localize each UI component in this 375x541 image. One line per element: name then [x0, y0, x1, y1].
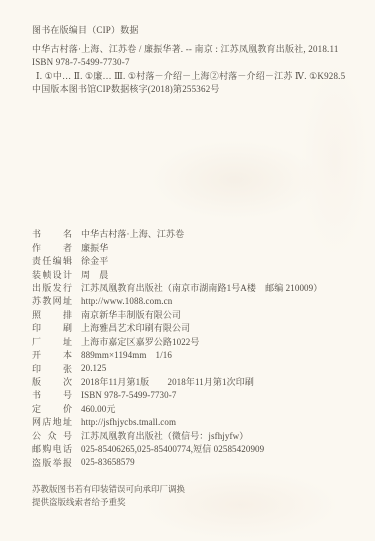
colophon-label: 网店地址: [32, 415, 72, 428]
colophon-row-price: 定价 460.00元: [32, 402, 365, 415]
colophon-row-sheets: 印张 20.125: [32, 361, 365, 374]
colophon-row-book-title: 书名 中华古村落·上海、江苏卷: [32, 227, 365, 240]
colophon-row-piracy-report: 盗版举报 025-83658579: [32, 455, 365, 468]
colophon-row-online-store: 网店地址 http://jsfhjycbs.tmall.com: [32, 415, 365, 428]
colophon-label: 公众号: [32, 429, 72, 442]
colophon-label: 版次: [32, 375, 72, 388]
colophon-value: 中华古村落·上海、江苏卷: [81, 227, 184, 240]
colophon-row-format: 开本 889mm×1194mm 1/16: [32, 348, 365, 361]
colophon-row-editor: 责任编辑 徐金平: [32, 254, 365, 267]
colophon-label: 责任编辑: [32, 254, 72, 267]
colophon-label: 照排: [32, 308, 72, 321]
colophon-row-author: 作者 廉振华: [32, 240, 365, 253]
colophon: 书名 中华古村落·上海、江苏卷 作者 廉振华 责任编辑 徐金平 装帧设计 周 晨…: [32, 227, 365, 469]
colophon-value: 上海雅昌艺术印刷有限公司: [81, 321, 190, 334]
copyright-page: 图书在版编目（CIP）数据 中华古村落·上海、江苏卷 / 廉振华著. -- 南京…: [0, 0, 375, 541]
cip-title: 图书在版编目（CIP）数据: [32, 24, 359, 38]
colophon-label: 印张: [32, 362, 72, 375]
colophon-row-publisher: 出版发行 江苏凤凰教育出版社（南京市湖南路1号A楼 邮编 210009）: [32, 281, 365, 294]
colophon-label: 盗版举报: [32, 456, 72, 469]
colophon-row-edition: 版次 2018年11月第1版 2018年11月第1次印刷: [32, 375, 365, 388]
colophon-value: http://jsfhjycbs.tmall.com: [81, 417, 176, 427]
colophon-label: 苏教网址: [32, 294, 72, 307]
colophon-label: 厂址: [32, 335, 72, 348]
colophon-label: 作者: [32, 241, 72, 254]
colophon-row-printer: 印刷 上海雅昌艺术印刷有限公司: [32, 321, 365, 334]
cip-record-number-line: 中国版本图书馆CIP数据核字(2018)第255362号: [32, 83, 359, 97]
colophon-row-factory-address: 厂址 上海市嘉定区嘉罗公路1022号: [32, 335, 365, 348]
footer-note-misprint: 苏教版图书若有印装错误可向承印厂调换: [32, 483, 359, 496]
colophon-value: 上海市嘉定区嘉罗公路1022号: [81, 335, 200, 348]
footer-notes: 苏教版图书若有印装错误可向承印厂调换 提供盗版线索者给予重奖: [32, 483, 359, 508]
colophon-value: ISBN 978-7-5499-7730-7: [81, 390, 176, 400]
colophon-value: 周 晨: [81, 268, 108, 281]
colophon-value: 廉振华: [81, 241, 108, 254]
colophon-row-designer: 装帧设计 周 晨: [32, 267, 365, 280]
colophon-label: 书号: [32, 388, 72, 401]
colophon-row-isbn: 书号 ISBN 978-7-5499-7730-7: [32, 388, 365, 401]
cip-bibliographic-line: 中华古村落·上海、江苏卷 / 廉振华著. -- 南京 : 江苏凤凰教育出版社, …: [32, 43, 359, 57]
colophon-row-website: 苏教网址 http://www.1088.com.cn: [32, 294, 365, 307]
scan-artifact: [150, 140, 320, 220]
cip-isbn-line: ISBN 978-7-5499-7730-7: [32, 56, 359, 70]
colophon-row-wechat: 公众号 江苏凤凰教育出版社（微信号：jsfhjyfw）: [32, 429, 365, 442]
colophon-value: 025-85406265,025-85400774,短信 02585420909: [81, 442, 264, 455]
colophon-value: 南京新华丰制版有限公司: [81, 308, 181, 321]
colophon-label: 邮购电话: [32, 442, 72, 455]
colophon-value: 徐金平: [81, 254, 108, 267]
colophon-label: 印刷: [32, 321, 72, 334]
colophon-value: 江苏凤凰教育出版社（南京市湖南路1号A楼 邮编 210009）: [81, 281, 322, 294]
colophon-label: 装帧设计: [32, 268, 72, 281]
colophon-label: 出版发行: [32, 281, 72, 294]
footer-note-reward: 提供盗版线索者给予重奖: [32, 496, 359, 509]
colophon-value: 889mm×1194mm 1/16: [81, 348, 172, 361]
colophon-label: 定价: [32, 402, 72, 415]
colophon-value: 025-83658579: [81, 457, 135, 467]
colophon-value: 460.00元: [81, 402, 115, 415]
colophon-row-mail-order-phone: 邮购电话 025-85406265,025-85400774,短信 025854…: [32, 442, 365, 455]
colophon-value: http://www.1088.com.cn: [81, 296, 172, 306]
colophon-value: 20.125: [81, 363, 106, 373]
cip-block: 图书在版编目（CIP）数据 中华古村落·上海、江苏卷 / 廉振华著. -- 南京…: [32, 24, 359, 97]
colophon-value: 2018年11月第1版 2018年11月第1次印刷: [81, 375, 254, 388]
colophon-label: 书名: [32, 227, 72, 240]
cip-classification-line: Ⅰ. ①中… Ⅱ. ①廉… Ⅲ. ①村落－介绍－上海②村落－介绍－江苏 Ⅳ. ①…: [32, 70, 359, 84]
colophon-value: 江苏凤凰教育出版社（微信号：jsfhjyfw）: [81, 429, 248, 442]
colophon-row-typesetting: 照排 南京新华丰制版有限公司: [32, 308, 365, 321]
colophon-label: 开本: [32, 348, 72, 361]
